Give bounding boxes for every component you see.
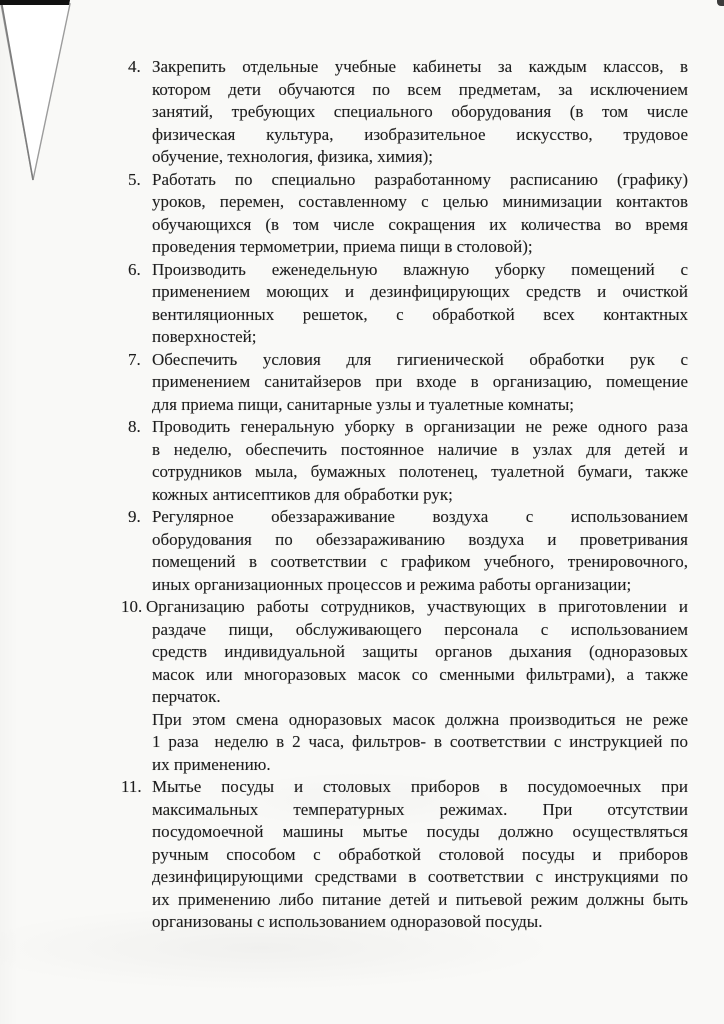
text-line: 10.Организацию работы сотрудников, участ… xyxy=(126,596,688,619)
list-item-number: 6. xyxy=(128,259,141,282)
fold-top-edge xyxy=(0,0,70,5)
text-line: 9.Регулярное обеззараживание воздуха с и… xyxy=(126,506,688,529)
text-line: уроков, перемен, составленному с целью м… xyxy=(126,191,688,214)
text-line: масок или многоразовых масок со сменными… xyxy=(126,664,688,687)
list-item: 11.Мытье посуды и столовых приборов в по… xyxy=(126,776,688,934)
text-line: ручным способом с обработкой столовой по… xyxy=(126,844,688,867)
text-line: их применению. xyxy=(126,754,688,777)
document-body: 4.Закрепить отдельные учебные кабинеты з… xyxy=(126,56,688,934)
scan-corner-artifact xyxy=(717,0,724,6)
text-line: в неделю, обеспечить постоянное наличие … xyxy=(126,439,688,462)
list-item: 9.Регулярное обеззараживание воздуха с и… xyxy=(126,506,688,596)
list-item: 5.Работать по специально разработанному … xyxy=(126,169,688,259)
text-line: 7.Обеспечить условия для гигиенической о… xyxy=(126,349,688,372)
text-line: дезинфицирующими средствами в соответств… xyxy=(126,866,688,889)
text-line: средств индивидуальной защиты органов ды… xyxy=(126,641,688,664)
text-line: сотрудников мыла, бумажных полотенец, ту… xyxy=(126,461,688,484)
text-line: помещений в соответствии с графиком учеб… xyxy=(126,551,688,574)
list-item-number: 8. xyxy=(128,416,141,439)
text-line: обучающихся (в том числе сокращения их к… xyxy=(126,214,688,237)
list-item: 8.Проводить генеральную уборку в организ… xyxy=(126,416,688,506)
text-line: физическая культура, изобразительное иск… xyxy=(126,124,688,147)
numbered-list: 4.Закрепить отдельные учебные кабинеты з… xyxy=(126,56,688,934)
list-item-number: 11. xyxy=(121,776,142,799)
text-line: их применению либо питание детей и питье… xyxy=(126,889,688,912)
text-line: 6.Производить еженедельную влажную уборк… xyxy=(126,259,688,282)
text-line: котором дети обучаются по всем предметам… xyxy=(126,79,688,102)
scanned-page: 4.Закрепить отдельные учебные кабинеты з… xyxy=(0,0,724,1024)
text-line: занятий, требующих специального оборудов… xyxy=(126,101,688,124)
text-line: организованы с использованием одноразово… xyxy=(126,911,688,934)
page-corner-fold-artifact xyxy=(0,0,90,195)
list-item: 6.Производить еженедельную влажную уборк… xyxy=(126,259,688,349)
text-line: максимальных температурных режимах. При … xyxy=(126,799,688,822)
text-line: обучение, технология, физика, химия); xyxy=(126,146,688,169)
text-line: применением моющих и дезинфицирующих сре… xyxy=(126,281,688,304)
fold-triangle xyxy=(1,4,70,180)
list-item: 4.Закрепить отдельные учебные кабинеты з… xyxy=(126,56,688,169)
text-line: 5.Работать по специально разработанному … xyxy=(126,169,688,192)
list-item: 7.Обеспечить условия для гигиенической о… xyxy=(126,349,688,417)
text-line: посудомоечной машины мытье посуды должно… xyxy=(126,821,688,844)
text-line: для приема пищи, санитарные узлы и туале… xyxy=(126,394,688,417)
text-line: При этом смена одноразовых масок должна … xyxy=(126,709,688,732)
text-line: 4.Закрепить отдельные учебные кабинеты з… xyxy=(126,56,688,79)
text-line: применением санитайзеров при входе в орг… xyxy=(126,371,688,394)
list-item-number: 10. xyxy=(121,596,142,619)
text-line: кожных антисептиков для обработки рук; xyxy=(126,484,688,507)
text-line: 1 раза неделю в 2 часа, фильтров- в соот… xyxy=(126,731,688,754)
list-item-number: 9. xyxy=(128,506,141,529)
text-line: иных организационных процессов и режима … xyxy=(126,574,688,597)
text-line: поверхностей; xyxy=(126,326,688,349)
list-item-number: 7. xyxy=(128,349,141,372)
text-line: вентиляционных решеток, с обработкой все… xyxy=(126,304,688,327)
list-item-number: 5. xyxy=(128,169,141,192)
list-item-number: 4. xyxy=(128,56,141,79)
text-line: перчаток. xyxy=(126,686,688,709)
list-item: 10.Организацию работы сотрудников, участ… xyxy=(126,596,688,776)
text-line: оборудования по обеззараживанию воздуха … xyxy=(126,529,688,552)
text-line: 11.Мытье посуды и столовых приборов в по… xyxy=(126,776,688,799)
text-line: раздаче пищи, обслуживающего персонала с… xyxy=(126,619,688,642)
text-line: проведения термометрии, приема пищи в ст… xyxy=(126,236,688,259)
note-paragraph: При этом смена одноразовых масок должна … xyxy=(126,709,688,777)
text-line: 8.Проводить генеральную уборку в организ… xyxy=(126,416,688,439)
